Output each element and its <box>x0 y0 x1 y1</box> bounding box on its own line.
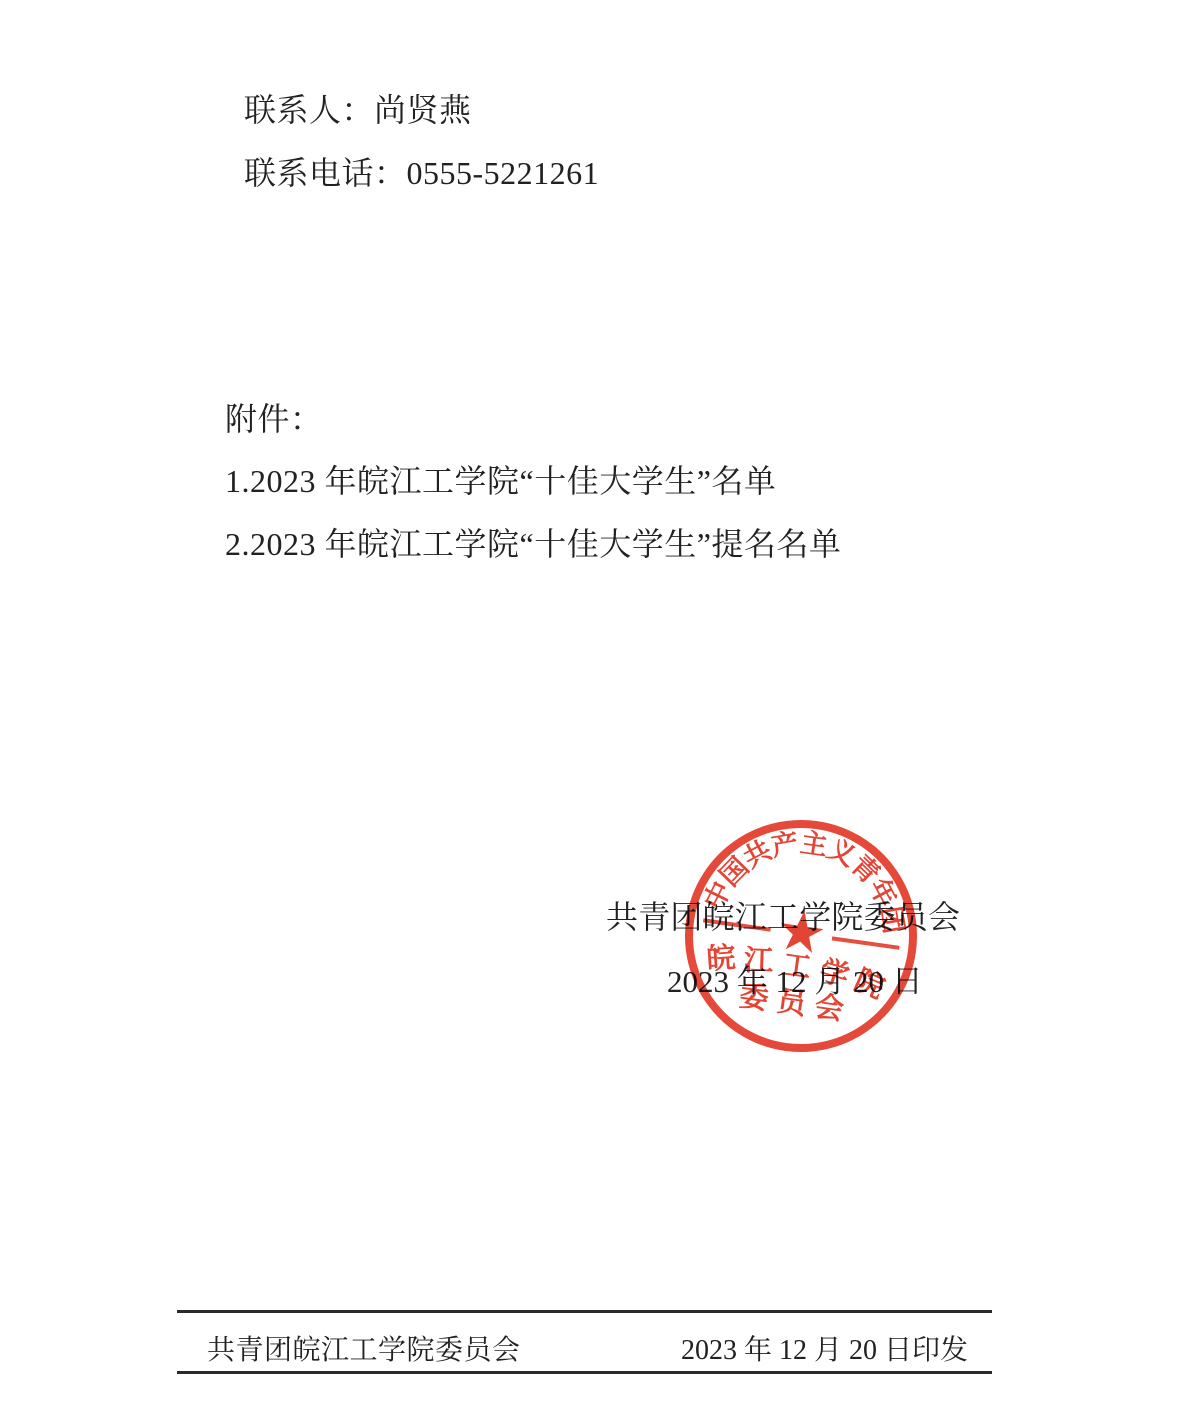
footer-top-rule <box>177 1310 992 1313</box>
footer-issuer: 共青团皖江工学院委员会 <box>207 1328 521 1368</box>
attachment-item-2: 2.2023 年皖江工学院“十佳大学生”提名名单 <box>225 519 841 565</box>
footer-bottom-rule <box>177 1371 992 1374</box>
attachment-item-1: 1.2023 年皖江工学院“十佳大学生”名单 <box>225 456 776 502</box>
document-page: 联系人：尚贤燕 联系电话：0555-5221261 附件： 1.2023 年皖江… <box>0 0 1182 1416</box>
contact-phone-line: 联系电话：0555-5221261 <box>244 148 599 194</box>
official-seal-stamp: 中国共产主义青年团 ★ 皖江工学院 委员会 <box>670 805 932 1067</box>
attachments-heading: 附件： <box>225 394 323 440</box>
contact-person-line: 联系人：尚贤燕 <box>244 85 472 131</box>
footer-print-date: 2023 年 12 月 20 日印发 <box>681 1328 968 1368</box>
